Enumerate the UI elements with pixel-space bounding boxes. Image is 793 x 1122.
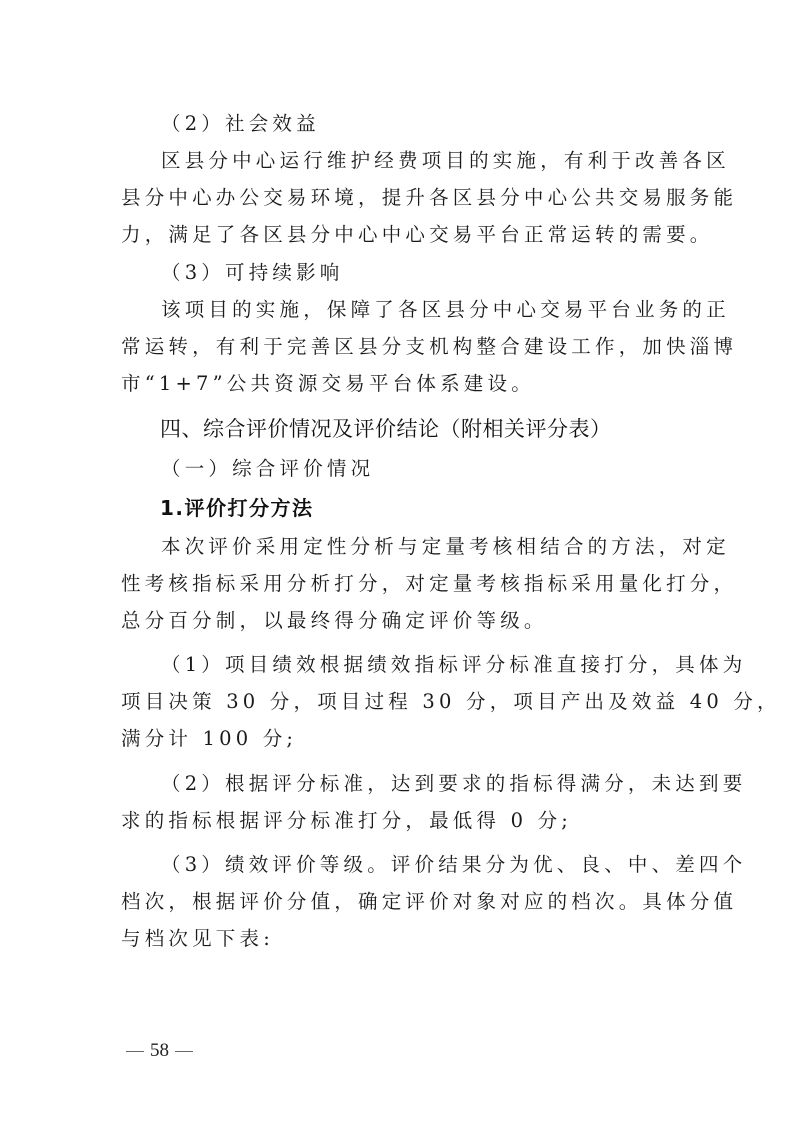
paragraph-line: 与档次见下表: <box>121 927 681 951</box>
paragraph-line: 市“1+7”公共资源交易平台体系建设。 <box>121 372 681 396</box>
document-page: （2）社会效益 区县分中心运行维护经费项目的实施，有利于改善各区 县分中心办公交… <box>0 0 793 1122</box>
paragraph-line: 力，满足了各区县分中心中心交易平台正常运转的需要。 <box>121 223 681 247</box>
paragraph-line: 总分百分制，以最终得分确定评价等级。 <box>121 609 681 633</box>
page-number: 58 <box>120 1040 199 1062</box>
paragraph-line: 求的指标根据评分标准打分，最低得 0 分; <box>121 809 681 833</box>
paragraph-line: 满分计 100 分; <box>121 727 681 751</box>
list-item-2: （2）根据评分标准，达到要求的指标得满分，未达到要 <box>161 772 721 796</box>
list-item-1: （1）项目绩效根据绩效指标评分标准直接打分，具体为 <box>161 653 721 677</box>
subsection-heading-1: （一）综合评价情况 <box>161 457 721 481</box>
page-number-value: 58 <box>150 1040 169 1061</box>
subheading-social-benefit: （2）社会效益 <box>161 112 721 136</box>
paragraph-line: 档次，根据评价分值，确定评价对象对应的档次。具体分值 <box>121 890 681 914</box>
dash-left <box>126 1051 144 1052</box>
bold-heading-scoring-method: 1.评价打分方法 <box>160 496 720 520</box>
paragraph-line: 性考核指标采用分析打分，对定量考核指标采用量化打分， <box>121 572 681 596</box>
section-heading-4: 四、综合评价情况及评价结论（附相关评分表） <box>160 417 720 441</box>
list-item-3: （3）绩效评价等级。评价结果分为优、良、中、差四个 <box>161 853 721 877</box>
subheading-sustainable-impact: （3）可持续影响 <box>161 261 721 285</box>
paragraph-line: 常运转，有利于完善区县分支机构整合建设工作，加快淄博 <box>121 335 681 359</box>
paragraph-line: 本次评价采用定性分析与定量考核相结合的方法，对定 <box>161 535 721 559</box>
dash-right <box>175 1051 193 1052</box>
paragraph-line: 县分中心办公交易环境，提升各区县分中心公共交易服务能 <box>121 186 681 210</box>
paragraph-line: 区县分中心运行维护经费项目的实施，有利于改善各区 <box>161 149 721 173</box>
paragraph-line: 该项目的实施，保障了各区县分中心交易平台业务的正 <box>161 298 721 322</box>
paragraph-line: 项目决策 30 分，项目过程 30 分，项目产出及效益 40 分， <box>121 690 681 714</box>
